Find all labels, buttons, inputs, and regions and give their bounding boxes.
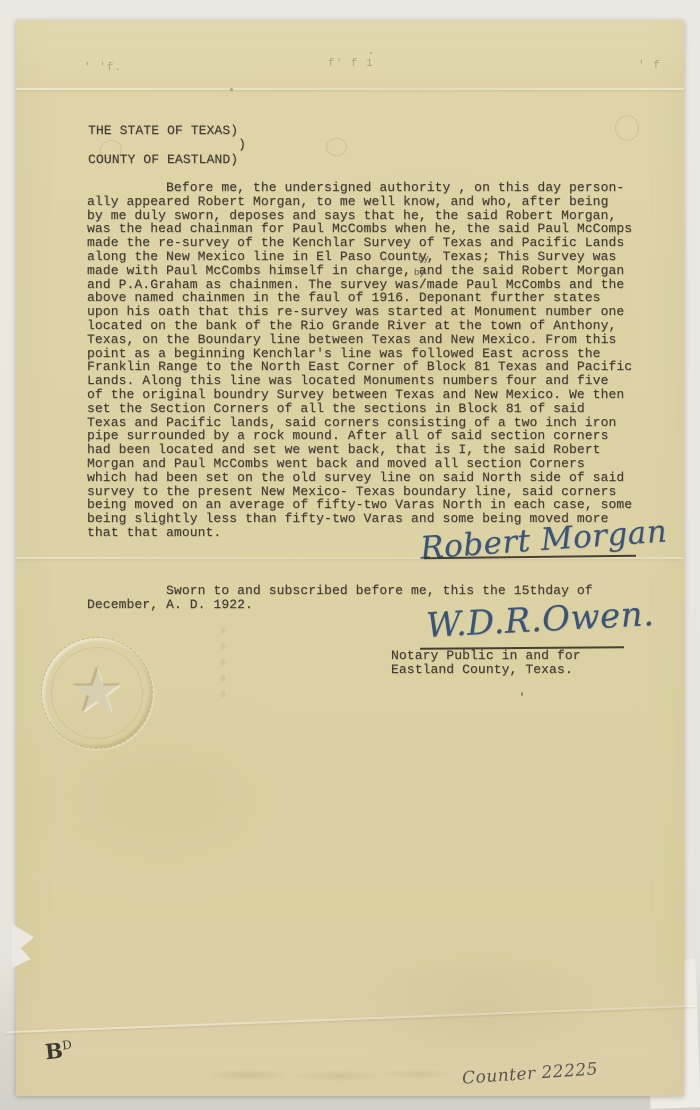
heading-state-county: THE STATE OF TEXAS) ) COUNTY OF EASTLAND…: [88, 124, 246, 167]
bottom-left-pencil-mark: BD: [44, 1037, 74, 1065]
pencil-mark-superscript: D: [62, 1038, 73, 1053]
ink-smudge-marks-center: f' f 1: [328, 58, 374, 70]
torn-edge-notch: [12, 924, 34, 968]
ring-stain: [615, 115, 639, 141]
notary-title-block: Notary Public in and for Eastland County…: [391, 649, 581, 677]
fold-crease-top: [16, 88, 684, 90]
document-paper: ' 'f. f' f 1 ' f THE STATE OF TEXAS) ) C…: [16, 20, 684, 1096]
fold-crease-bottom: [6, 1005, 696, 1033]
notary-embossed-seal: ★: [41, 637, 153, 749]
ink-transfer-smudge: [196, 1066, 456, 1084]
dust-speck: [230, 88, 233, 91]
typed-correction-over-slash: by: [414, 268, 425, 278]
counter-pencil-note: Counter 22225: [461, 1059, 598, 1088]
ink-smudge-marks-left: ' 'f.: [84, 62, 122, 74]
dust-speck: [521, 692, 523, 696]
affidavit-body: Before me, the undersigned authority , o…: [87, 181, 632, 540]
scanned-affidavit-page: { "document": { "heading": "THE STATE OF…: [0, 0, 700, 1110]
star-icon: ★: [42, 652, 152, 732]
ink-smudge-marks-right: ' f: [638, 60, 661, 72]
dust-speck: [370, 52, 372, 54]
ring-stain: [326, 138, 347, 156]
faint-vertical-marks: [221, 627, 225, 707]
typed-correction-over-and: by: [418, 254, 429, 264]
